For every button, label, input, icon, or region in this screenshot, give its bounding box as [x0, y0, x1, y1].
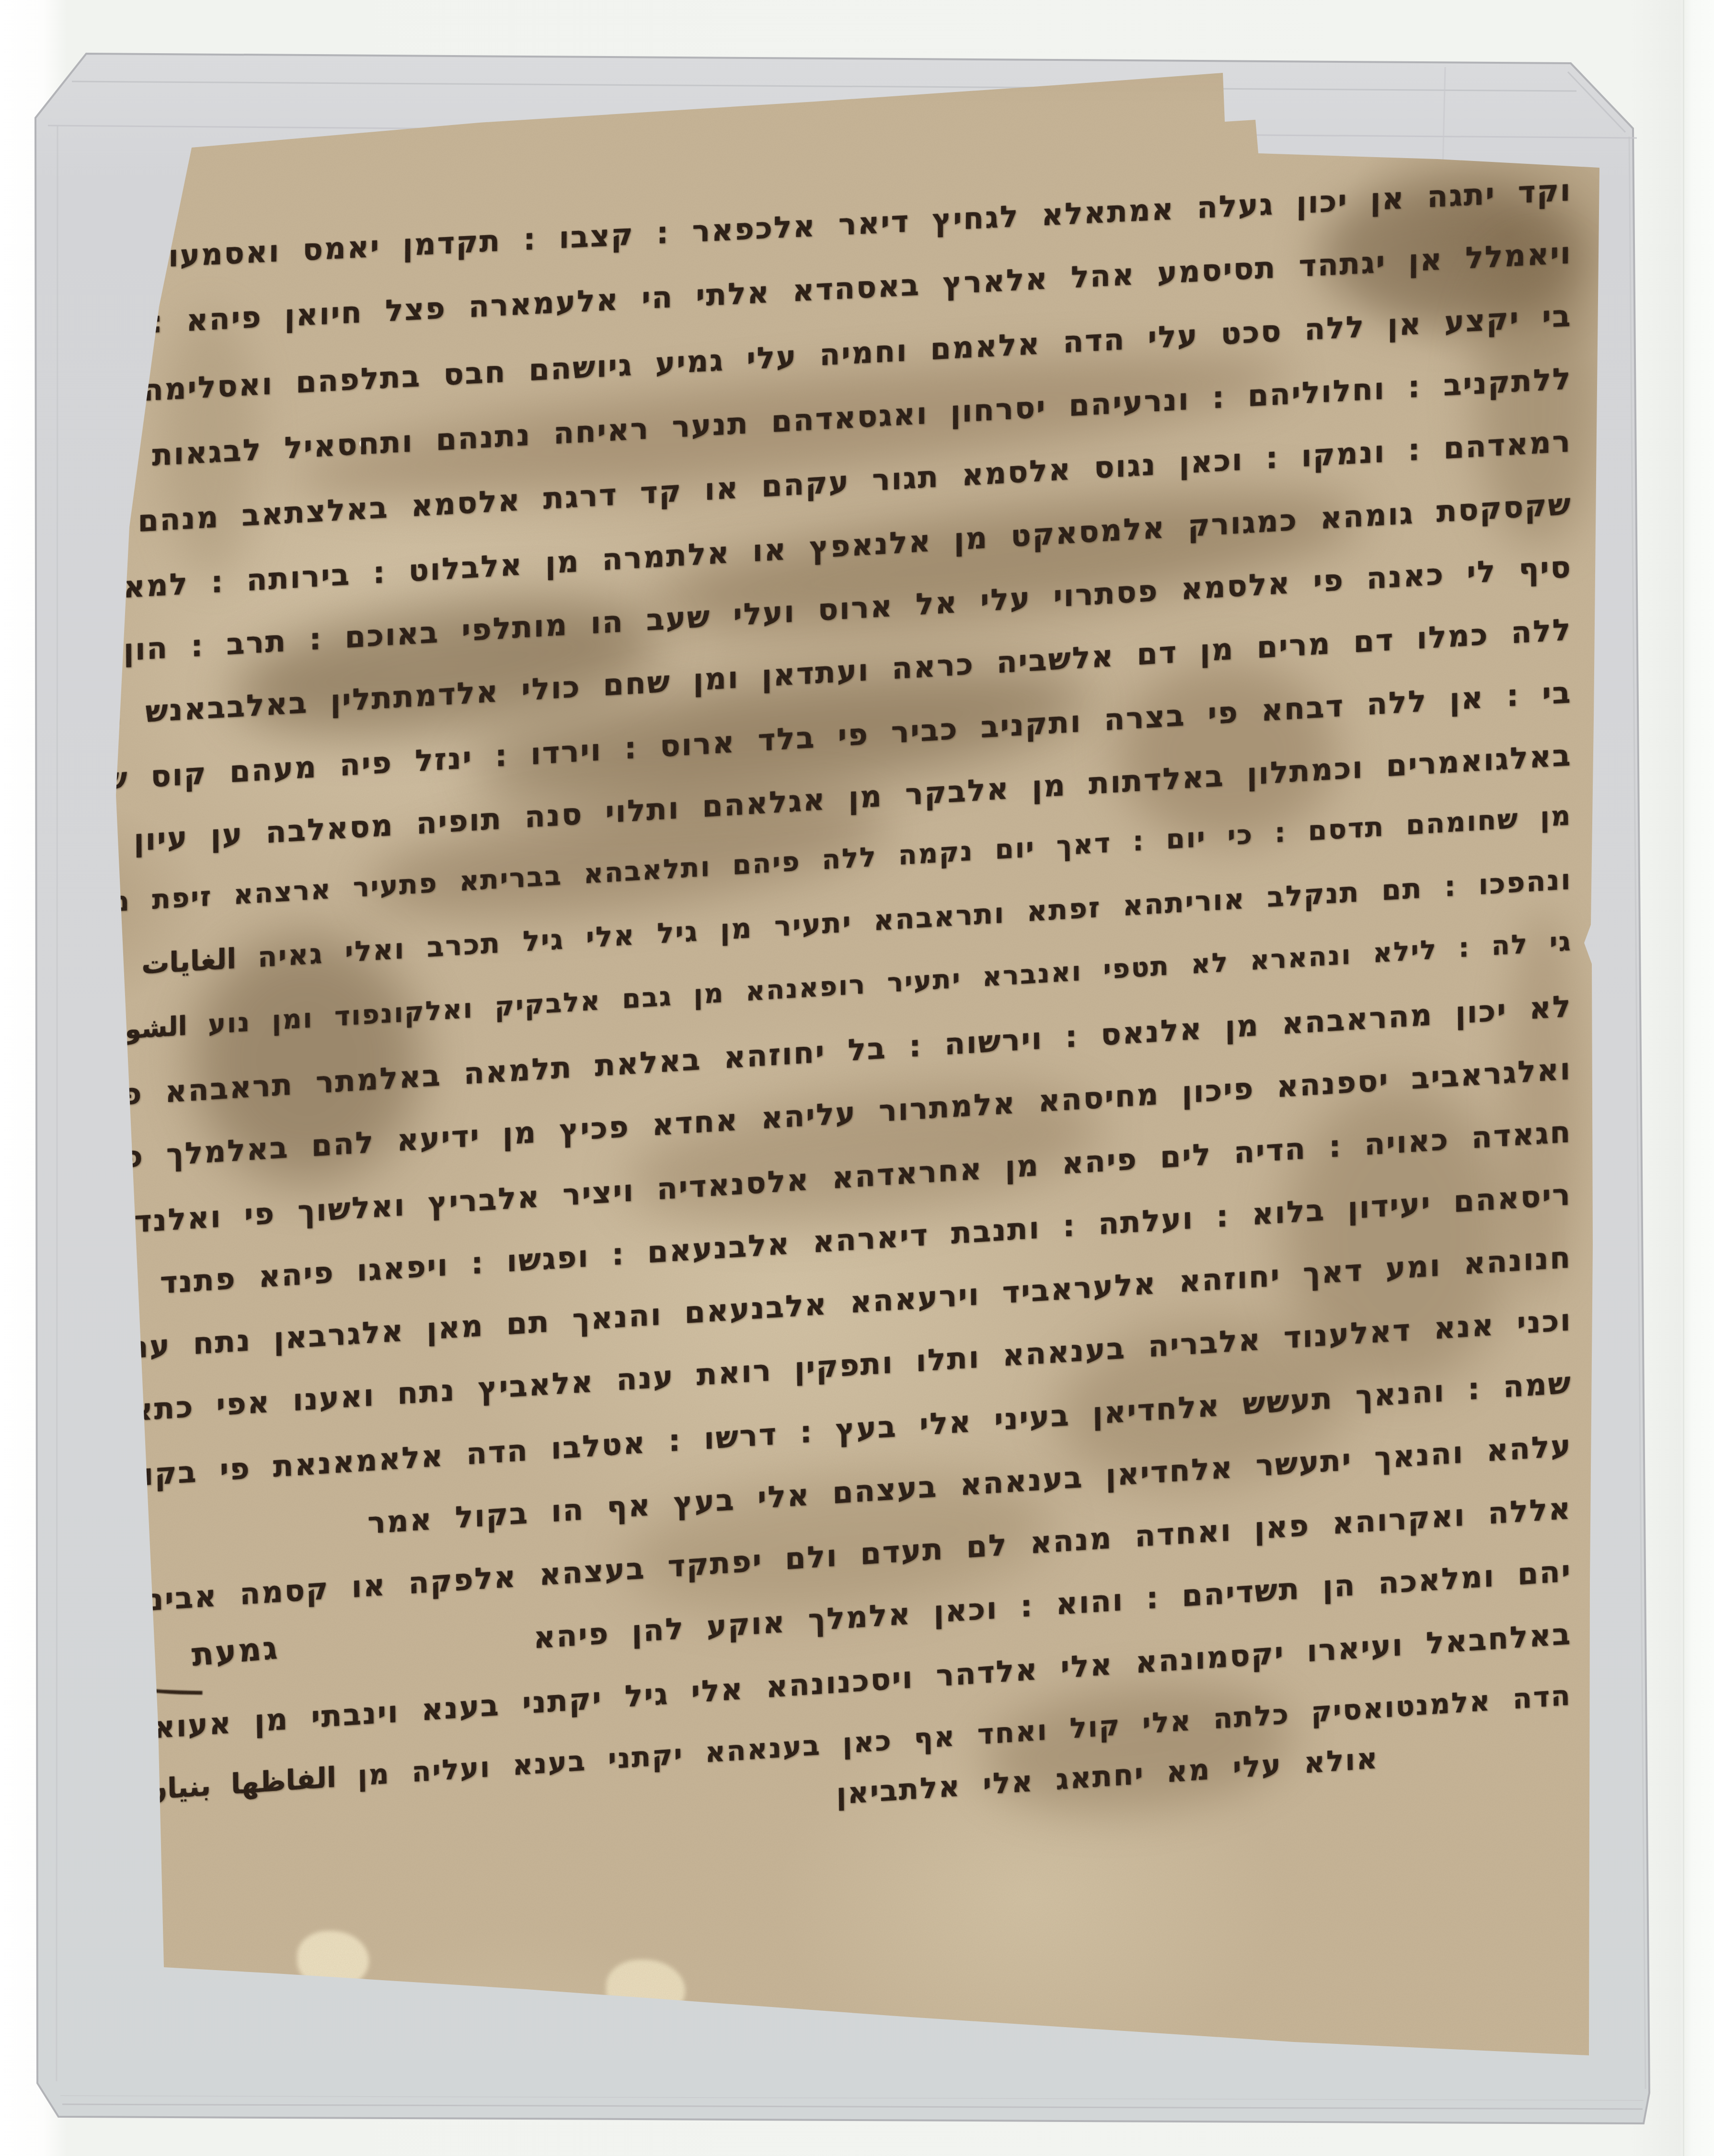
paper-texture	[0, 0, 1714, 2156]
manuscript-page: וקד יתגה אן יכון געלה אמתאלא לגחיץ דיאר …	[0, 0, 1714, 2156]
sleeve-left-seam	[57, 126, 58, 2081]
scan-background: וקד יתגה אן יכון געלה אמתאלא לגחיץ דיאר …	[0, 0, 1714, 2156]
